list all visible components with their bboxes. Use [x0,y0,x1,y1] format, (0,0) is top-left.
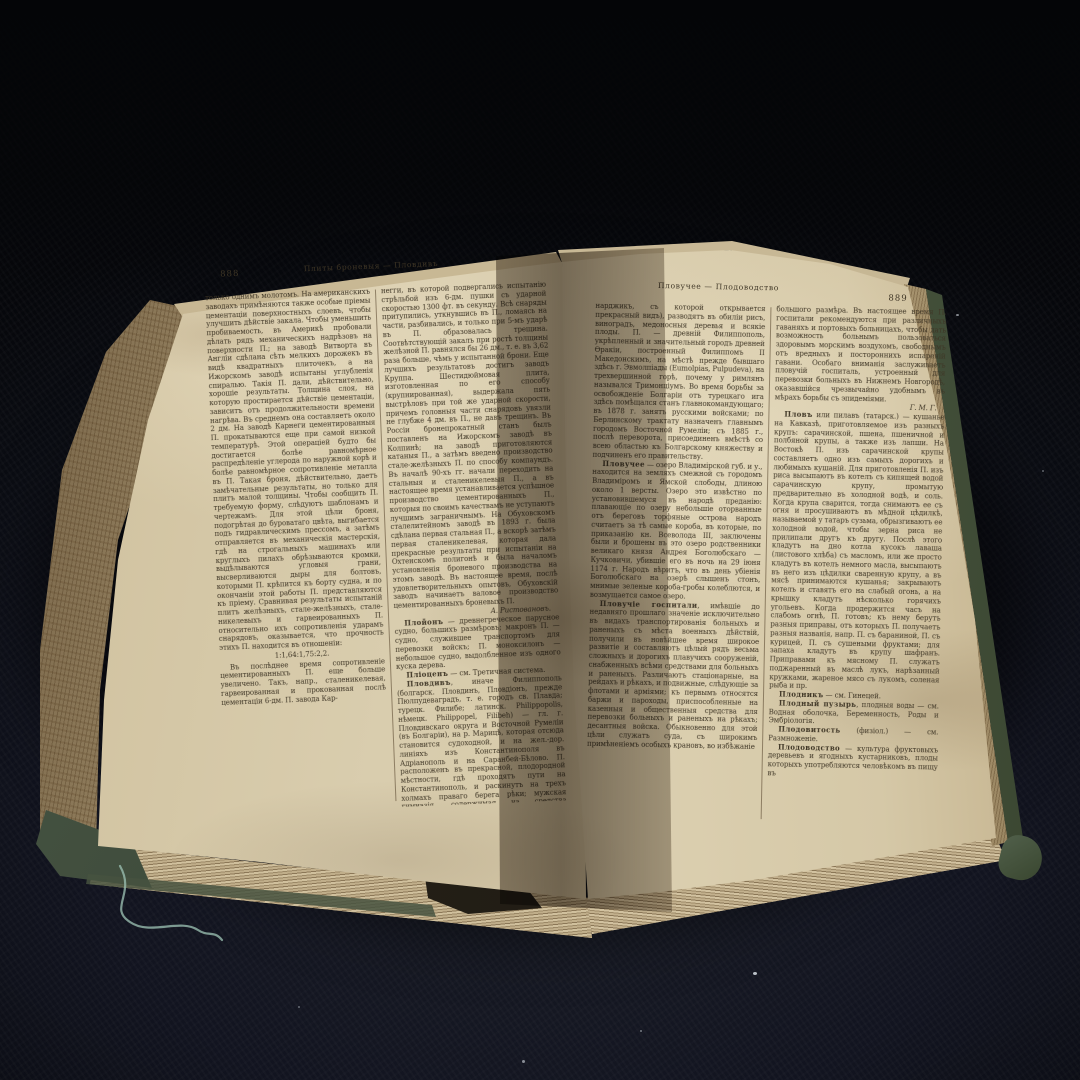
photo-vignette [0,0,1080,1080]
photo-of-open-book: 888 Плиты броневыя — Пловдивъ только одн… [0,0,1080,1080]
